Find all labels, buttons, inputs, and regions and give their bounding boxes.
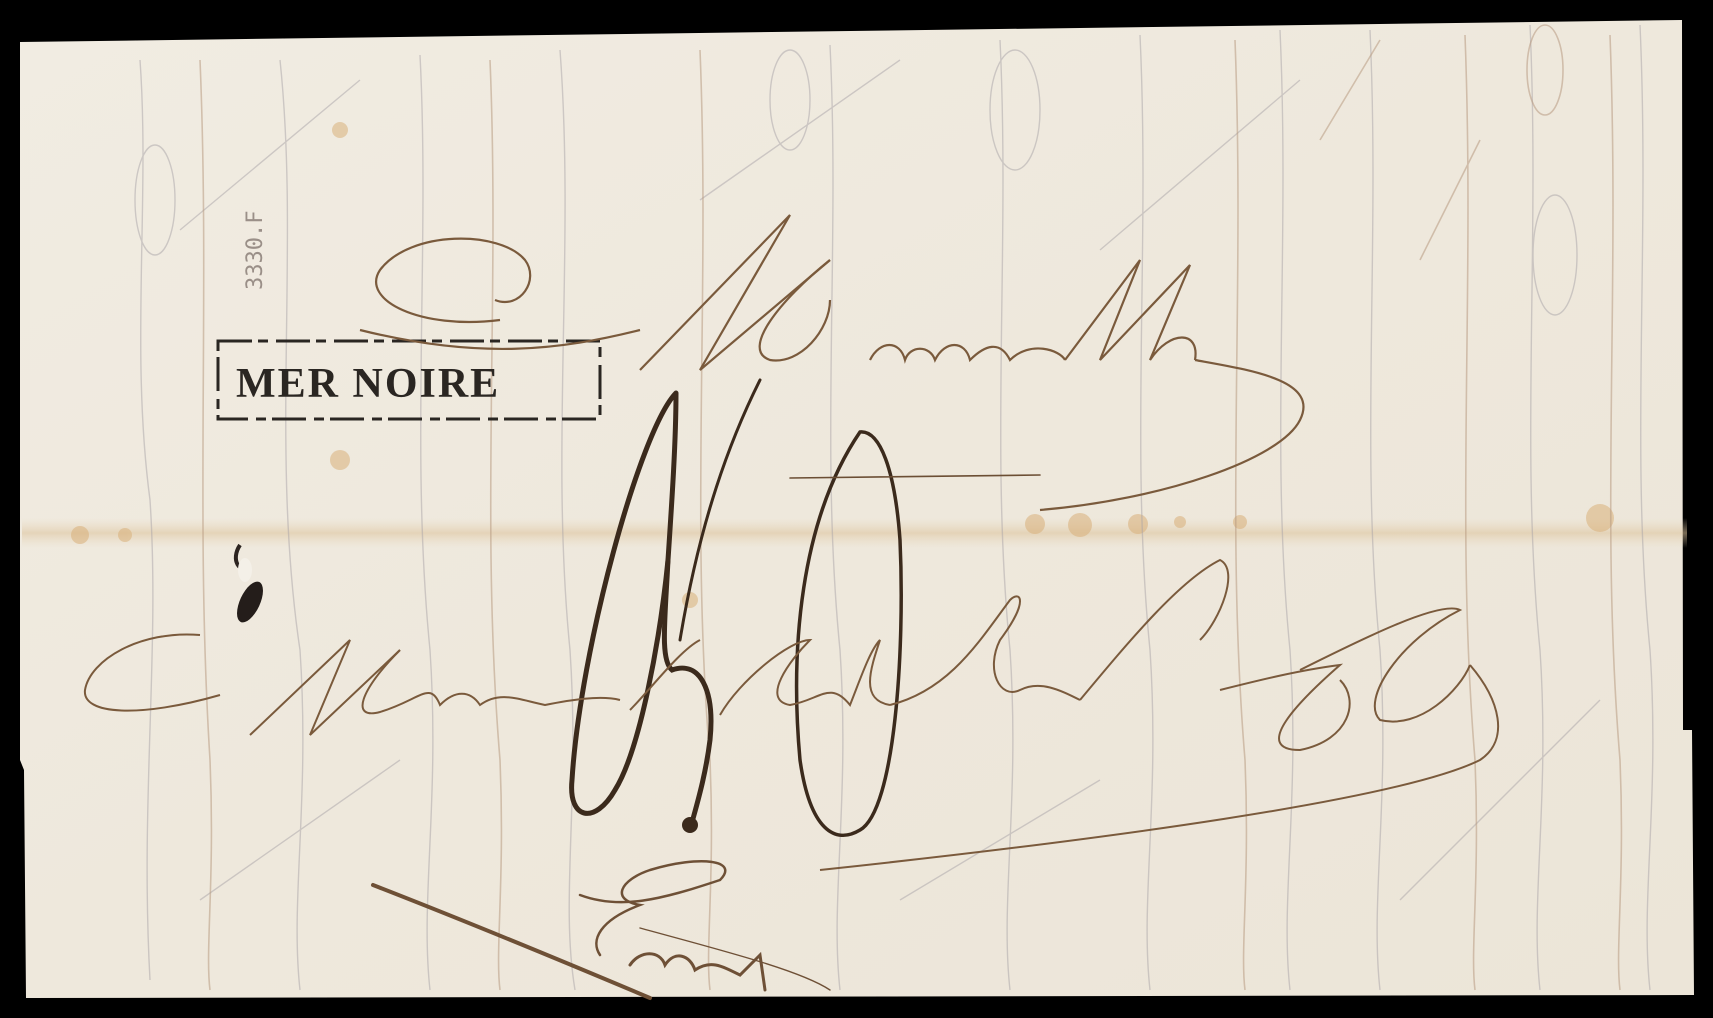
letter-photo: MER NOIRE 3330.F Marseille 40 [0,0,1713,1018]
paper-sheet [20,20,1694,998]
handstamp-text: MER NOIRE [236,361,500,407]
pencil-notation: 3330.F [243,211,268,290]
fold-line [22,518,1687,548]
